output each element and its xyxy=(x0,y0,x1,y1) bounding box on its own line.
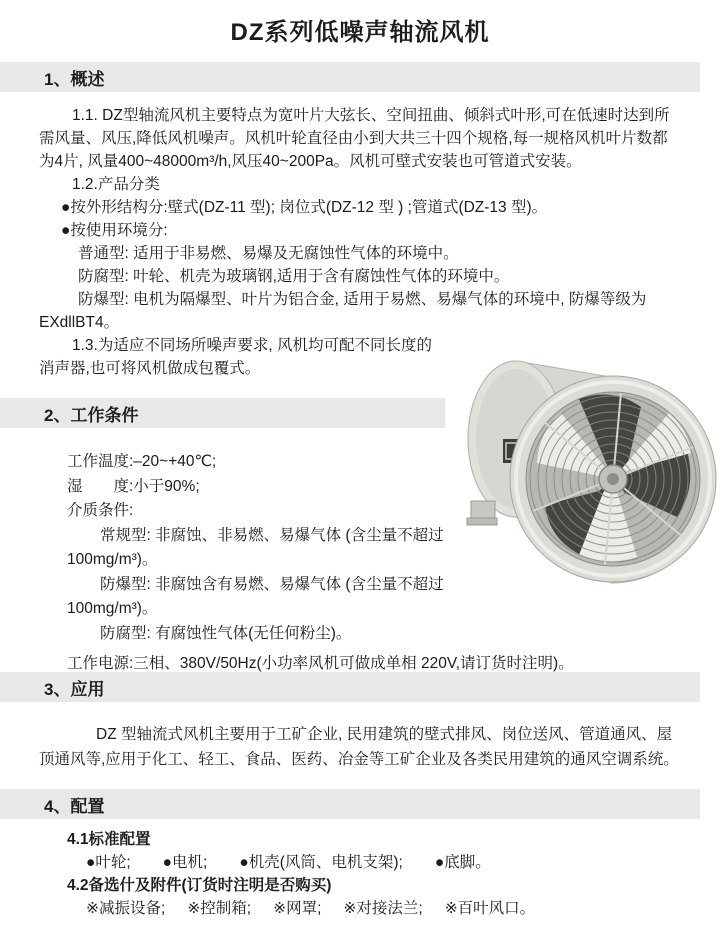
page-title: DZ系列低噪声轴流风机 xyxy=(0,12,720,47)
subheading-1-2: 1.2.产品分类 xyxy=(39,173,682,196)
section-header-application: 3、应用 xyxy=(0,672,700,702)
medium-explosionproof: 防爆型: 非腐蚀含有易燃、易爆气体 (含尘量不超过100mg/m³)。 xyxy=(67,573,479,622)
optional-config-item: ※控制箱; xyxy=(187,897,251,920)
optional-config-heading: 4.2备选什及附件(订货时注明是否购买) xyxy=(67,874,687,897)
medium-anticorrosion: 防腐型: 有腐蚀性气体(无任何粉尘)。 xyxy=(67,622,667,647)
type-normal: 普通型: 适用于非易燃、易爆及无腐蚀性气体的环境中。 xyxy=(39,242,682,265)
optional-config-row: ※减振设备; ※控制箱; ※网罩; ※对接法兰; ※百叶风口。 xyxy=(86,897,687,920)
condition-temperature: 工作温度:–20~+40℃; xyxy=(67,450,667,475)
datasheet-page: DZ系列低噪声轴流风机 1、概述 1.1. DZ型轴流风机主要特点为宽叶片大弦长… xyxy=(0,0,720,932)
section-heading-text: 2、工作条件 xyxy=(44,401,138,426)
condition-medium-heading: 介质条件: xyxy=(67,499,667,524)
application-paragraph: DZ 型轴流式风机主要用于工矿企业, 民用建筑的壁式排风、岗位送风、管道通风、屋… xyxy=(39,722,685,772)
standard-config-item: ●底脚。 xyxy=(435,851,491,874)
condition-humidity: 湿 度:小于90%; xyxy=(67,475,667,500)
standard-config-item: ●电机; xyxy=(163,851,208,874)
optional-config-item: ※对接法兰; xyxy=(343,897,422,920)
application-content: DZ 型轴流式风机主要用于工矿企业, 民用建筑的壁式排风、岗位送风、管道通风、屋… xyxy=(39,722,685,772)
paragraph-1-3: 1.3.为适应不同场所噪声要求, 风机均可配不同长度的消声器,也可将风机做成包覆… xyxy=(39,334,435,380)
type-anticorrosion: 防腐型: 叶轮、机壳为玻璃钢,适用于含有腐蚀性气体的环境中。 xyxy=(39,265,682,288)
overview-content: 1.1. DZ型轴流风机主要特点为宽叶片大弦长、空间扭曲、倾斜式叶形,可在低速时… xyxy=(39,104,682,380)
medium-normal: 常规型: 非腐蚀、非易燃、易爆气体 (含尘量不超过100mg/m³)。 xyxy=(67,524,479,573)
section-heading-text: 4、配置 xyxy=(44,792,104,817)
conditions-content: 工作温度:–20~+40℃; 湿 度:小于90%; 介质条件: 常规型: 非腐蚀… xyxy=(67,450,667,677)
optional-config-item: ※百叶风口。 xyxy=(445,897,536,920)
section-header-overview: 1、概述 xyxy=(0,62,700,92)
section-header-conditions: 2、工作条件 xyxy=(0,398,445,428)
section-heading-text: 1、概述 xyxy=(44,65,104,90)
standard-config-heading: 4.1标准配置 xyxy=(67,828,687,851)
optional-config-item: ※减振设备; xyxy=(86,897,165,920)
type-explosionproof: 防爆型: 电机为隔爆型、叶片为铝合金, 适用于易燃、易爆气体的环境中, 防爆等级… xyxy=(39,288,682,334)
optional-config-item: ※网罩; xyxy=(273,897,321,920)
standard-config-row: ●叶轮; ●电机; ●机壳(风筒、电机支架); ●底脚。 xyxy=(86,851,687,874)
standard-config-item: ●叶轮; xyxy=(86,851,131,874)
standard-config-item: ●机壳(风筒、电机支架); xyxy=(239,851,403,874)
section-heading-text: 3、应用 xyxy=(44,675,104,700)
paragraph-1-1: 1.1. DZ型轴流风机主要特点为宽叶片大弦长、空间扭曲、倾斜式叶形,可在低速时… xyxy=(39,104,682,173)
configuration-content: 4.1标准配置 ●叶轮; ●电机; ●机壳(风筒、电机支架); ●底脚。 4.2… xyxy=(67,828,687,920)
bullet-structure-types: ●按外形结构分:壁式(DZ-11 型); 岗位式(DZ-12 型 ) ;管道式(… xyxy=(39,196,682,219)
bullet-environment-types: ●按使用环境分: xyxy=(39,219,682,242)
section-header-configuration: 4、配置 xyxy=(0,789,700,819)
